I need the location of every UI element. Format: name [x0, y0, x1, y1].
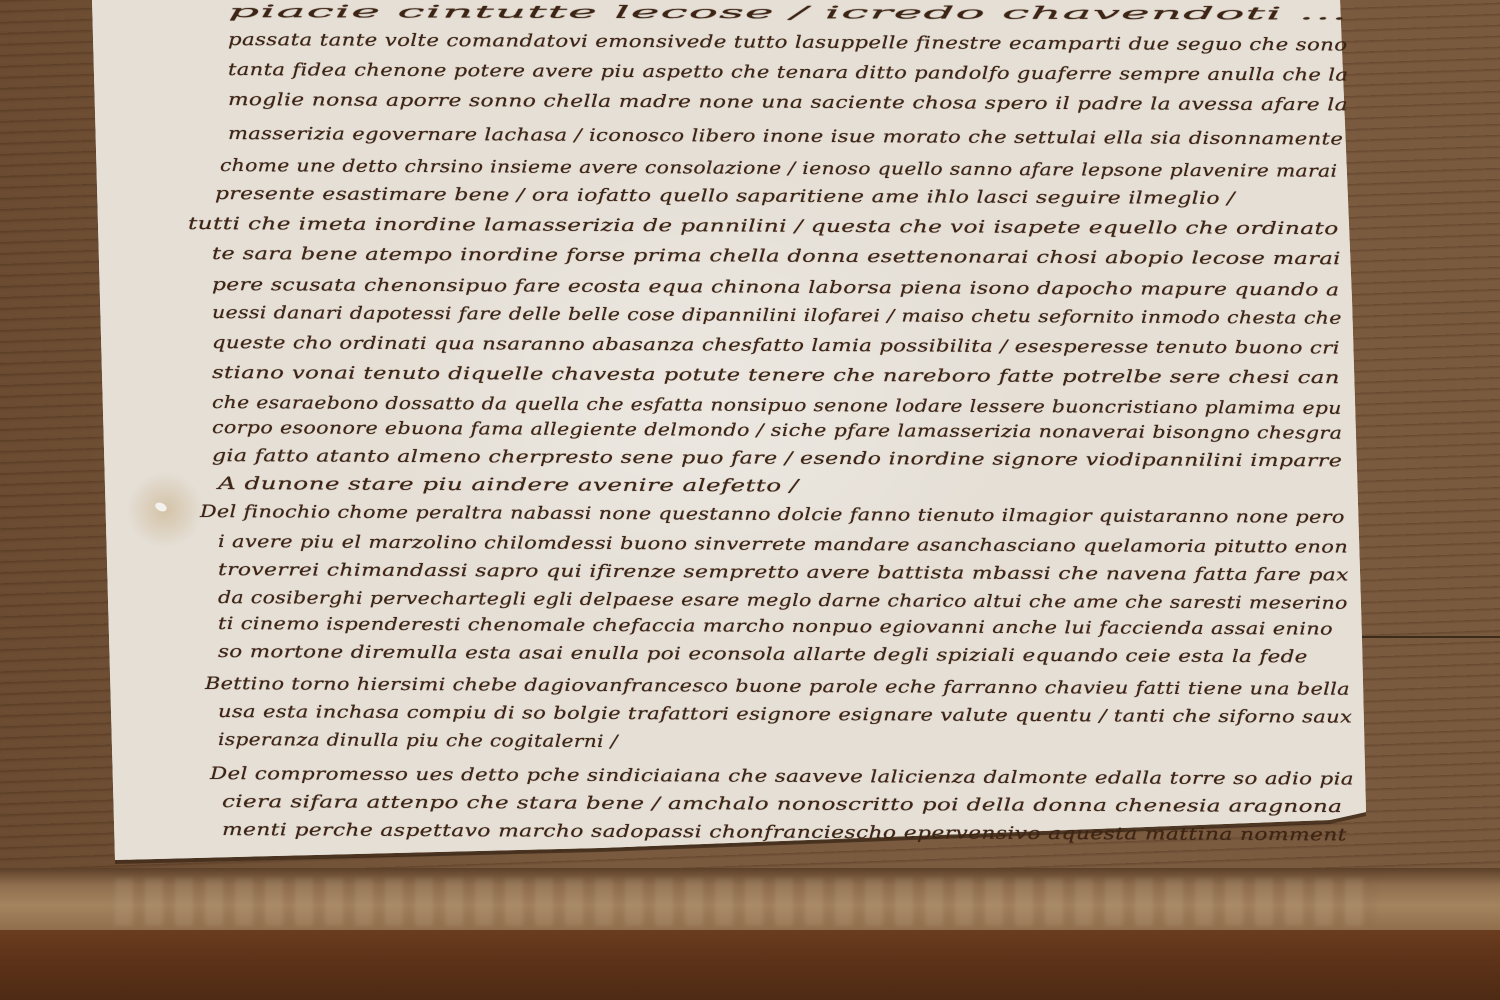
manuscript-line: che esaraebono dossatto da quella che es… [212, 393, 1342, 419]
manuscript-line: uessi danari dapotessi fare delle belle … [212, 303, 1342, 329]
manuscript-line: masserizia egovernare lachasa / iconosco… [228, 124, 1343, 150]
manuscript-line: pere scusata chenonsipuo fare ecosta equ… [212, 275, 1340, 300]
manuscript-line: ti cinemo ispenderesti chenomale chefacc… [218, 614, 1333, 640]
manuscript-line: corpo esoonore ebuona fama allegiente de… [212, 418, 1342, 444]
manuscript-line: gia fatto atanto almeno cherpresto sene … [212, 446, 1342, 471]
manuscript-text: piacie cintutte lecose / icredo chavendo… [0, 0, 1500, 1000]
manuscript-line: Del finochio chome peraltra nabassi none… [200, 502, 1345, 528]
manuscript-line: tutti che imeta inordine lamasserizia de… [188, 214, 1339, 239]
manuscript-line: Bettino torno hiersimi chebe dagiovanfra… [205, 674, 1350, 700]
manuscript-line: Del compromesso ues detto pche sindiciai… [210, 764, 1354, 790]
manuscript-line: stiano vonai tenuto diquelle chavesta po… [212, 363, 1340, 388]
manuscript-line: passata tante volte comandatovi emonsive… [228, 30, 1348, 55]
manuscript-line: ciera sifara attenpo che stara bene / am… [222, 792, 1342, 817]
manuscript-line: moglie nonsa aporre sonno chella madre n… [228, 90, 1348, 115]
manuscript-line: te sara bene atempo inordine forse prima… [212, 244, 1341, 269]
manuscript-line: usa esta inchasa compiu di so bolgie tra… [218, 702, 1352, 728]
manuscript-line: i avere piu el marzolino chilomdessi buo… [218, 532, 1348, 558]
manuscript-line: da cosiberghi pervechartegli egli delpae… [218, 588, 1348, 614]
manuscript-line: queste cho ordinati qua nsaranno abasanz… [212, 333, 1340, 359]
manuscript-line: A dunone stare piu aindere avenire alefe… [218, 474, 799, 496]
manuscript-line: piacie cintutte lecose / icredo chavendo… [228, 2, 1348, 24]
manuscript-line: troverrei chimandassi sapro qui ifirenze… [218, 560, 1349, 585]
manuscript-line: menti perche aspettavo marcho sadopassi … [222, 820, 1347, 845]
manuscript-line: isperanza dinulla piu che cogitalerni / [218, 730, 618, 752]
manuscript-line: presente esastimare bene / ora iofatto q… [215, 184, 1235, 209]
manuscript-line: so mortone diremulla esta asai enulla po… [218, 642, 1308, 667]
manuscript-line: tanta fidea chenone potere avere piu asp… [228, 60, 1348, 86]
manuscript-line: chome une detto chrsino insieme avere co… [220, 156, 1338, 182]
